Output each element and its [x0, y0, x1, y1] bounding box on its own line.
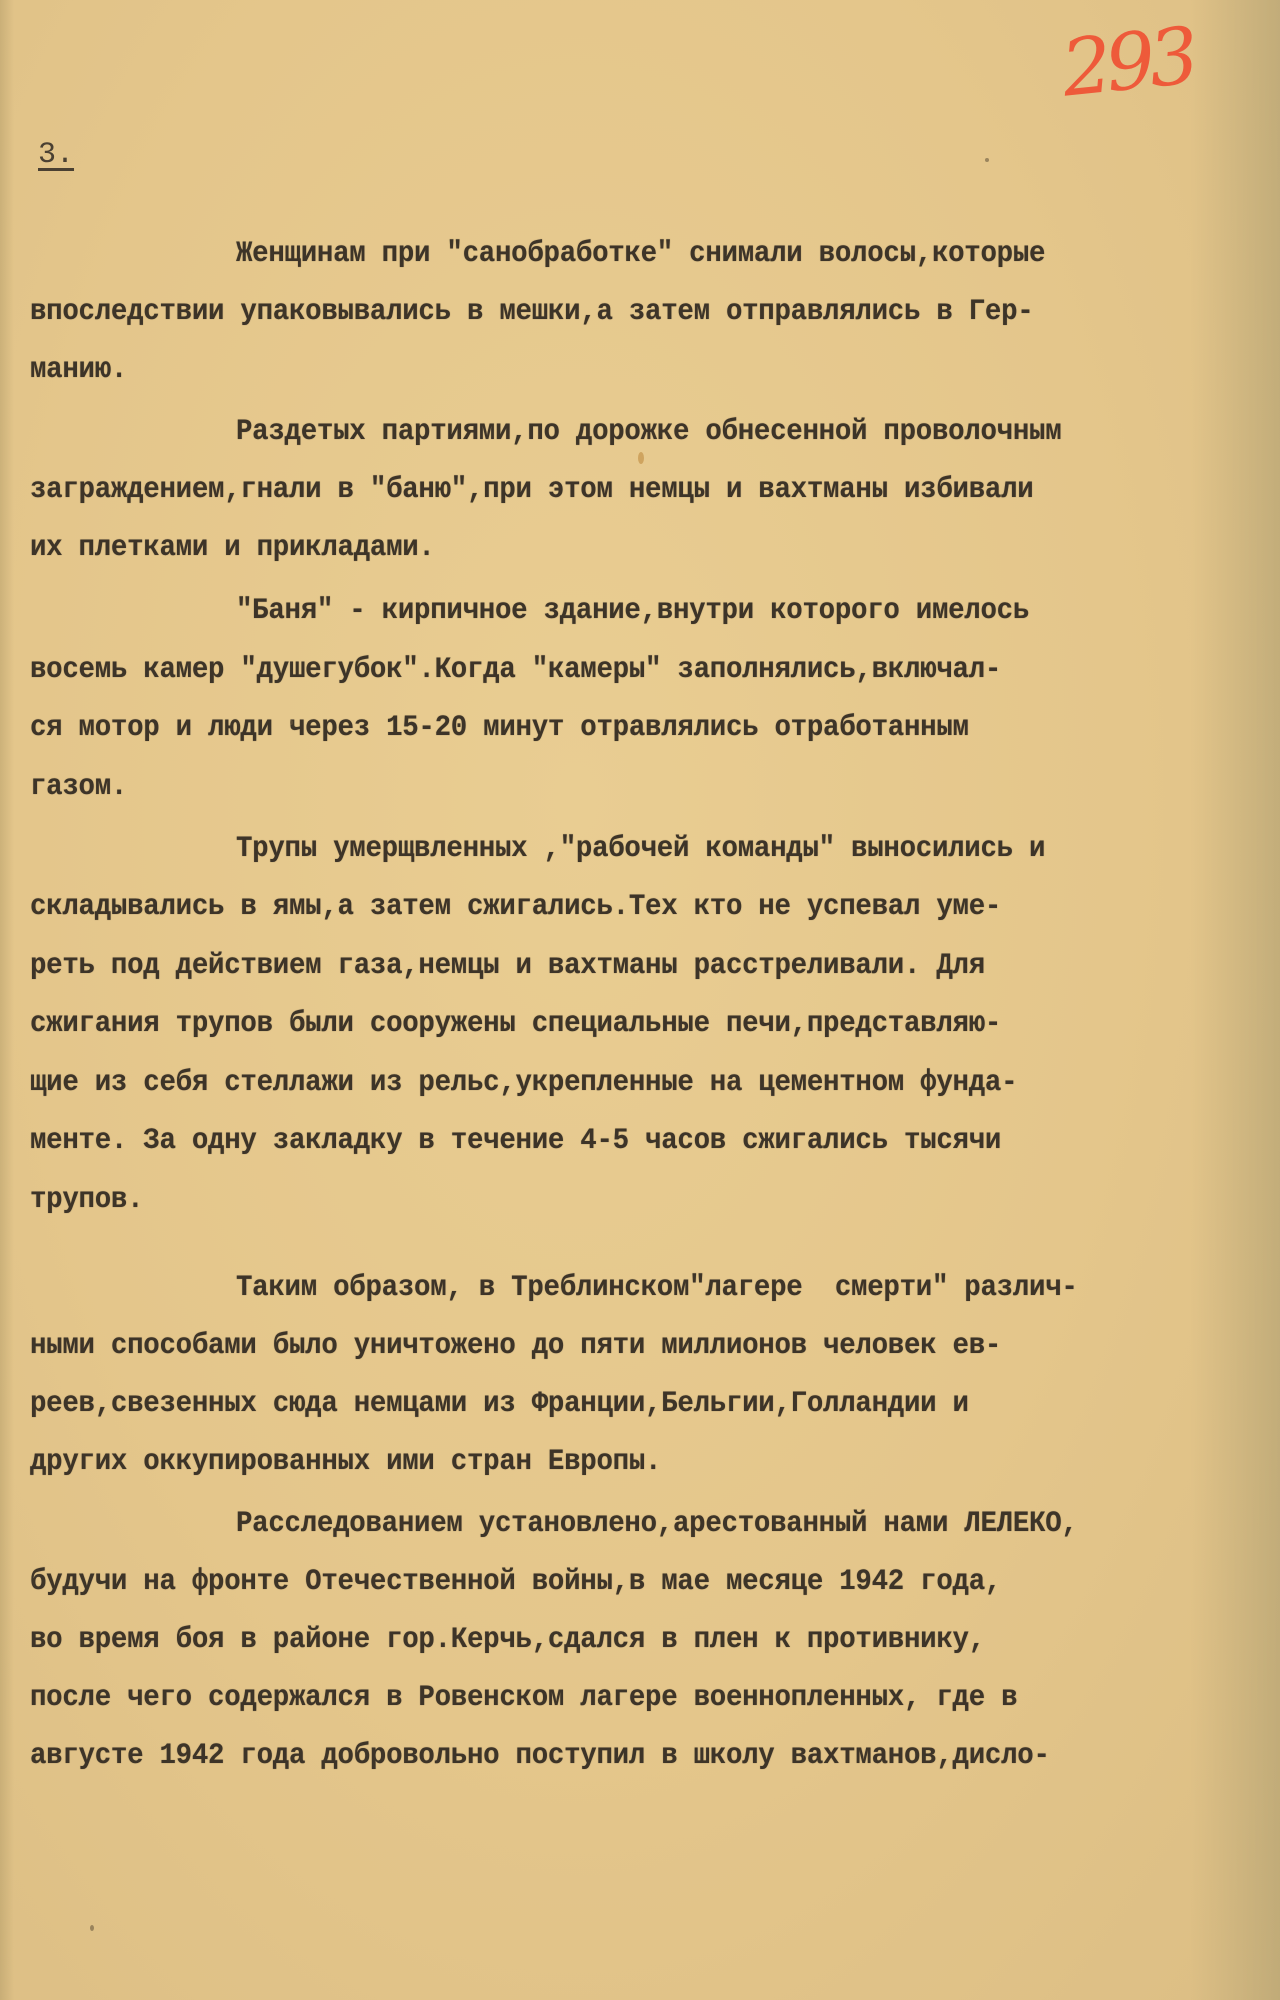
- text-line: ся мотор и люди через 15-20 минут отравл…: [30, 710, 969, 744]
- text-line: манию.: [30, 352, 127, 386]
- text-line: ными способами было уничтожено до пяти м…: [30, 1328, 1001, 1362]
- text-line: других оккупированных ими стран Европы.: [30, 1444, 661, 1478]
- text-line: Трупы умерщвленных ,"рабочей команды" вы…: [236, 831, 1045, 865]
- text-line: восемь камер "душегубок".Когда "камеры" …: [30, 652, 1001, 686]
- text-line: после чего содержался в Ровенском лагере…: [30, 1680, 1017, 1714]
- text-line: Женщинам при "санобработке" снимали воло…: [236, 236, 1045, 270]
- paper-stain: [638, 452, 644, 464]
- text-line: реть под действием газа,немцы и вахтманы…: [30, 948, 985, 982]
- text-line: реев,свезенных сюда немцами из Франции,Б…: [30, 1386, 969, 1420]
- text-line: менте. За одну закладку в течение 4-5 ча…: [30, 1123, 1001, 1157]
- text-line: Раздетых партиями,по дорожке обнесенной …: [236, 414, 1061, 448]
- folio-number: 293: [1058, 11, 1198, 114]
- paper-speck: [290, 720, 293, 725]
- paper-speck: [985, 158, 989, 162]
- text-line: заграждением,гнали в "баню",при этом нем…: [30, 472, 1033, 506]
- paper-speck: [90, 1925, 94, 1931]
- text-line: складывались в ямы,а затем сжигались.Тех…: [30, 889, 1001, 923]
- text-line: Таким образом, в Треблинском"лагере смер…: [236, 1270, 1078, 1304]
- page-label: 3.: [38, 138, 74, 172]
- text-line: впоследствии упаковывались в мешки,а зат…: [30, 294, 1033, 328]
- text-line: щие из себя стеллажи из рельс,укрепленны…: [30, 1065, 1017, 1099]
- text-line: газом.: [30, 769, 127, 803]
- text-line: сжигания трупов были сооружены специальн…: [30, 1006, 1001, 1040]
- text-line: во время боя в районе гор.Керчь,сдался в…: [30, 1622, 985, 1656]
- text-line: трупов.: [30, 1182, 143, 1216]
- document-page: 293 3. Женщинам при "санобработке" снима…: [0, 0, 1280, 2000]
- text-line: Расследованием установлено,арестованный …: [236, 1506, 1078, 1540]
- text-line: их плетками и прикладами.: [30, 530, 435, 564]
- text-line: будучи на фронте Отечественной войны,в м…: [30, 1564, 1001, 1598]
- text-line: августе 1942 года добровольно поступил в…: [30, 1738, 1050, 1772]
- text-line: "Баня" - кирпичное здание,внутри которог…: [236, 593, 1029, 627]
